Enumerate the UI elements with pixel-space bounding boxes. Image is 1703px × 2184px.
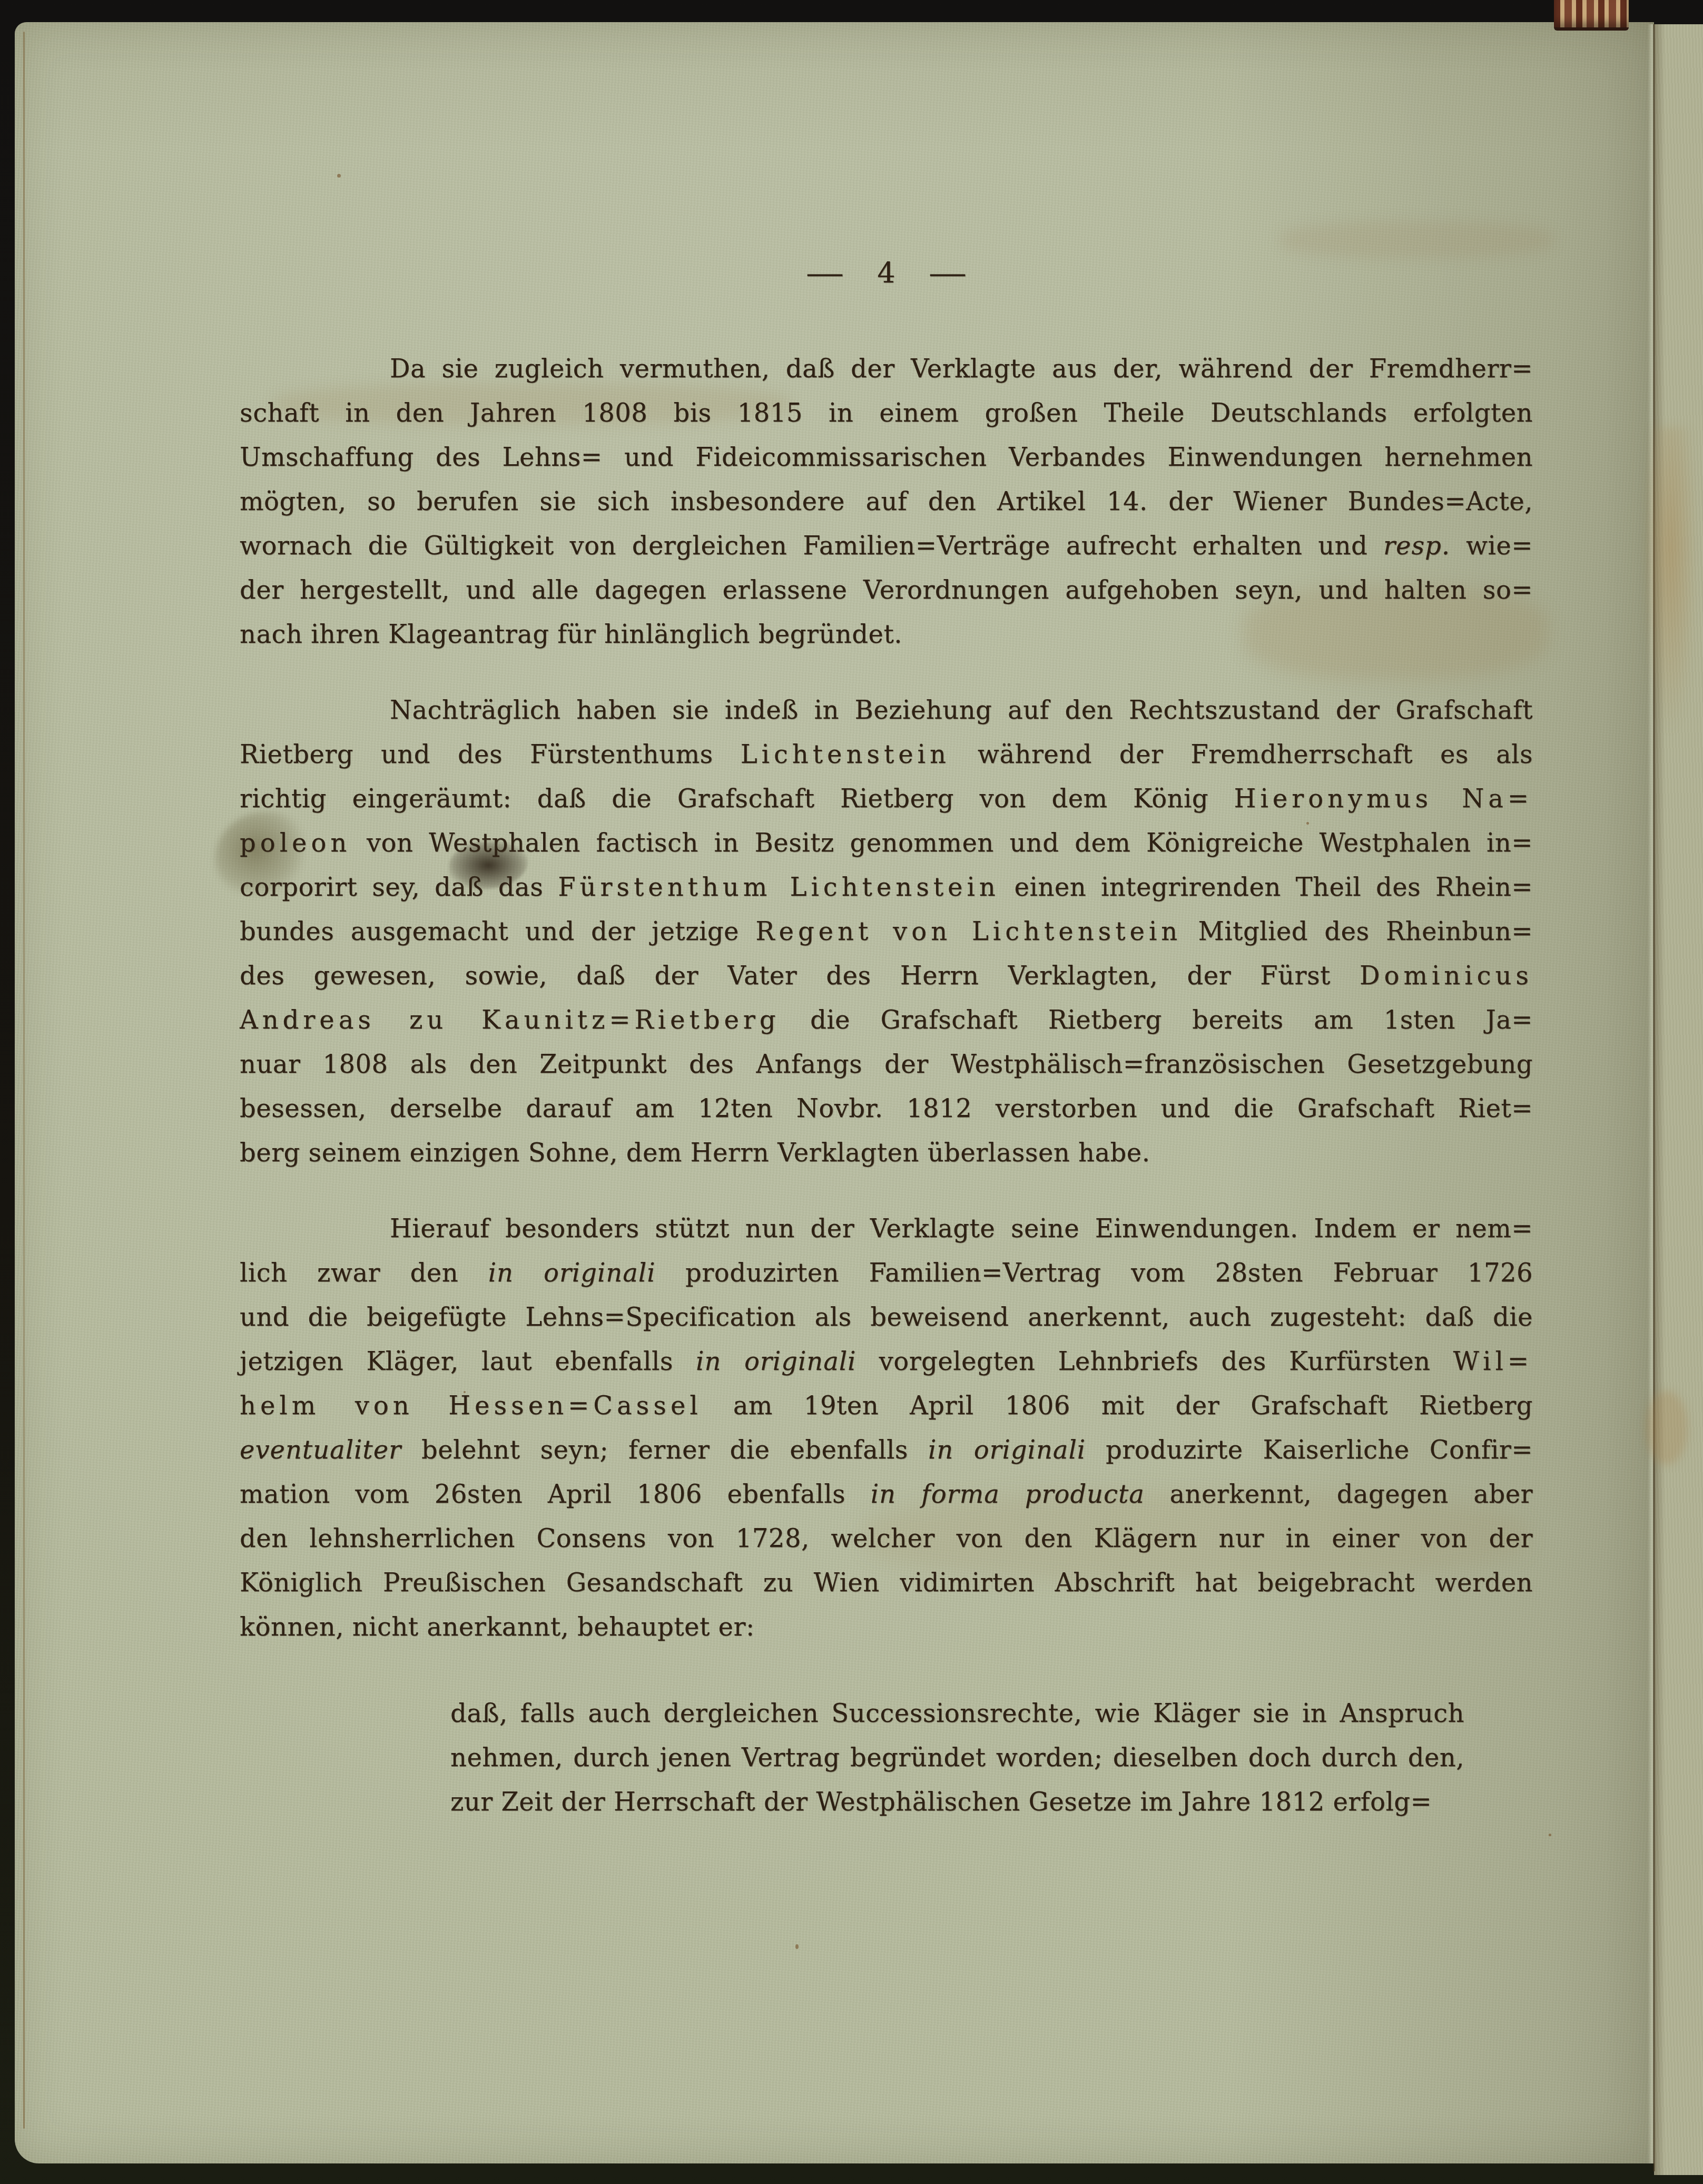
text-line: Andreas zu Kaunitz=Rietberg die Grafscha… xyxy=(240,998,1533,1042)
paper-speck xyxy=(1549,1834,1551,1836)
text-line: berg seinem einzigen Sohne, dem Herrn Ve… xyxy=(240,1131,1533,1175)
text-line: Rietberg und des Fürstenthums Lichtenste… xyxy=(240,732,1533,777)
gutter-crease-highlight xyxy=(1648,24,1653,2163)
gutter-crease-line xyxy=(1653,24,1655,2171)
text-content: Da sie zugleich vermuthen, daß der Verkl… xyxy=(240,347,1533,1824)
text-line: nach ihren Klageantrag für hinlänglich b… xyxy=(240,612,1533,657)
text-line: schaft in den Jahren 1808 bis 1815 in ei… xyxy=(240,391,1533,435)
text-line: nehmen, durch jenen Vertrag begründet wo… xyxy=(450,1736,1464,1780)
text-line: corporirt sey, daß das Fürstenthum Licht… xyxy=(240,865,1533,909)
text-line: mögten, so berufen sie sich insbesondere… xyxy=(240,479,1533,524)
text-line: besessen, derselbe darauf am 12ten Novbr… xyxy=(240,1086,1533,1131)
quote-paragraph: daß, falls auch dergleichen Successionsr… xyxy=(450,1691,1464,1824)
adjacent-page-edge xyxy=(1654,24,1703,2175)
text-line: den lehnsherrlichen Consens von 1728, we… xyxy=(240,1516,1533,1561)
text-line: zur Zeit der Herrschaft der Westphälisch… xyxy=(450,1780,1464,1824)
text-line: nuar 1808 als den Zeitpunkt des Anfangs … xyxy=(240,1042,1533,1086)
text-line: wornach die Gültigkeit von dergleichen F… xyxy=(240,524,1533,568)
text-line: Nachträglich haben sie indeß in Beziehun… xyxy=(240,688,1533,732)
text-line: jetzigen Kläger, laut ebenfalls in origi… xyxy=(240,1339,1533,1384)
binding-headband xyxy=(1554,0,1629,31)
header-left-dash: — xyxy=(806,257,844,290)
text-line: Hierauf besonders stützt nun der Verklag… xyxy=(240,1207,1533,1251)
book-scan: — 4 — Da sie zugleich vermuthen, daß der… xyxy=(0,0,1703,2184)
text-line: mation vom 26sten April 1806 ebenfalls i… xyxy=(240,1472,1533,1516)
paragraph: Hierauf besonders stützt nun der Verklag… xyxy=(240,1207,1533,1649)
header-right-dash: — xyxy=(928,257,967,290)
text-line: richtig eingeräumt: daß die Grafschaft R… xyxy=(240,777,1533,821)
page-number: 4 xyxy=(877,257,895,290)
text-line: Da sie zugleich vermuthen, daß der Verkl… xyxy=(240,347,1533,391)
paper-speck xyxy=(337,174,341,178)
text-line: eventualiter belehnt seyn; ferner die eb… xyxy=(240,1428,1533,1472)
text-line: und die beigefügte Lehns=Specification a… xyxy=(240,1295,1533,1339)
text-line: helm von Hessen=Cassel am 19ten April 18… xyxy=(240,1384,1533,1428)
text-line: daß, falls auch dergleichen Successionsr… xyxy=(450,1691,1464,1736)
text-line: des gewesen, sowie, daß der Vater des He… xyxy=(240,954,1533,998)
text-line: Königlich Preußischen Gesandschaft zu Wi… xyxy=(240,1561,1533,1605)
paragraph: Da sie zugleich vermuthen, daß der Verkl… xyxy=(240,347,1533,657)
text-line: können, nicht anerkannt, behauptet er: xyxy=(240,1605,1533,1649)
paragraph: Nachträglich haben sie indeß in Beziehun… xyxy=(240,688,1533,1175)
text-line: lich zwar den in originali produzirten F… xyxy=(240,1251,1533,1295)
page-left-edge-line xyxy=(23,32,25,2129)
text-line: bundes ausgemacht und der jetzige Regent… xyxy=(240,909,1533,954)
text-line: der hergestellt, und alle dagegen erlass… xyxy=(240,568,1533,612)
text-line: poleon von Westphalen factisch in Besitz… xyxy=(240,821,1533,865)
text-line: Umschaffung des Lehns= und Fideicommissa… xyxy=(240,435,1533,479)
paper-speck xyxy=(795,1944,799,1949)
page-number-header: — 4 — xyxy=(240,256,1533,290)
